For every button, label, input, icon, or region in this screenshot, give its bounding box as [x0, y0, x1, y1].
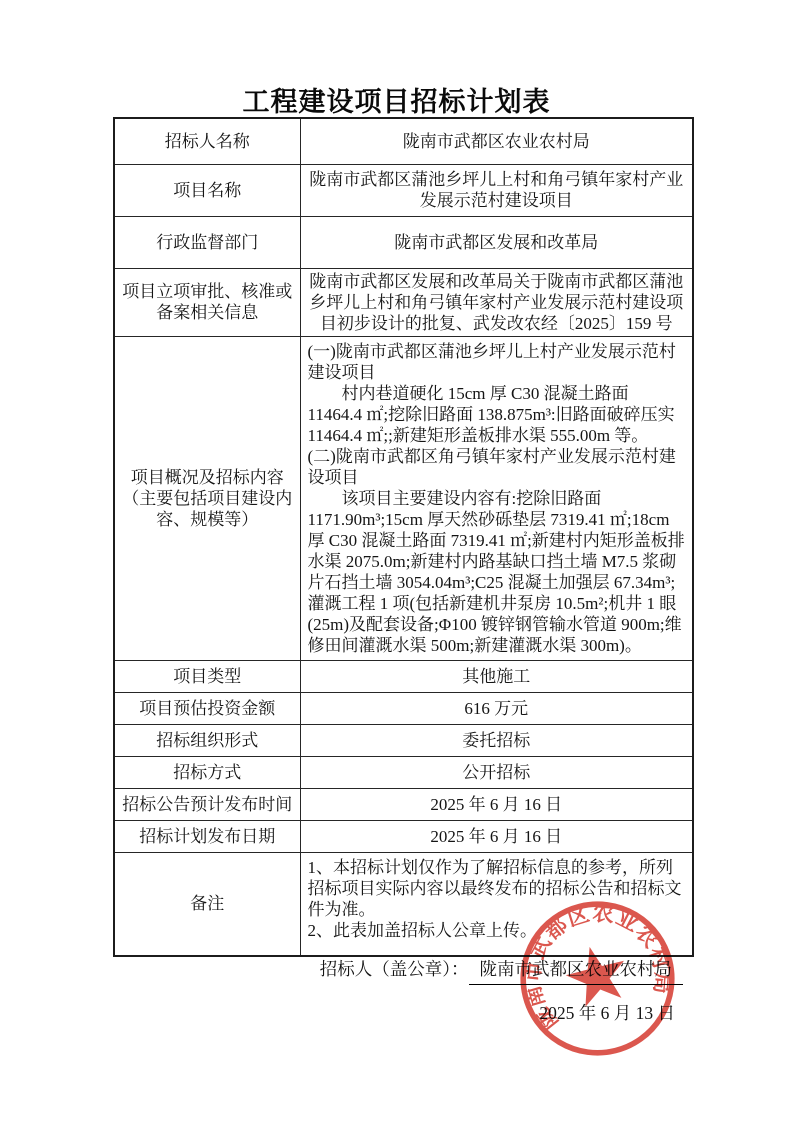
overview-paragraph: 该项目主要建设内容有:挖除旧路面 1171.90m³;15cm 厚天然砂砾垫层 …: [308, 488, 688, 656]
table-row: 项目概况及招标内容（主要包括项目建设内容、规模等） (一)陇南市武都区蒲池乡坪儿…: [114, 336, 693, 660]
row-value-estimated-investment: 616 万元: [300, 692, 693, 724]
row-value-remarks: 1、本招标计划仅作为了解招标信息的参考，所列招标项目实际内容以最终发布的招标公告…: [300, 852, 693, 956]
row-label-approval-info: 项目立项审批、核准或备案相关信息: [114, 268, 300, 336]
row-label-supervising-department: 行政监督部门: [114, 216, 300, 268]
row-value-approval-info: 陇南市武都区发展和改革局关于陇南市武都区蒲池乡坪儿上村和角弓镇年家村产业发展示范…: [300, 268, 693, 336]
row-label-bidding-method: 招标方式: [114, 756, 300, 788]
table-row: 招标公告预计发布时间 2025 年 6 月 16 日: [114, 788, 693, 820]
row-value-tenderer-name: 陇南市武都区农业农村局: [300, 118, 693, 164]
remarks-line: 1、本招标计划仅作为了解招标信息的参考，所列招标项目实际内容以最终发布的招标公告…: [308, 857, 688, 920]
row-label-organization-form: 招标组织形式: [114, 724, 300, 756]
table-row: 项目预估投资金额 616 万元: [114, 692, 693, 724]
row-value-announcement-date: 2025 年 6 月 16 日: [300, 788, 693, 820]
signature-value: 陇南市武都区农业农村局: [469, 956, 684, 985]
row-label-tenderer-name: 招标人名称: [114, 118, 300, 164]
table-row: 备注 1、本招标计划仅作为了解招标信息的参考，所列招标项目实际内容以最终发布的招…: [114, 852, 693, 956]
row-label-project-overview: 项目概况及招标内容（主要包括项目建设内容、规模等）: [114, 336, 300, 660]
document-page: 工程建设项目招标计划表 招标人名称 陇南市武都区农业农村局 项目名称 陇南市武都…: [0, 0, 793, 1122]
table-row: 项目立项审批、核准或备案相关信息 陇南市武都区发展和改革局关于陇南市武都区蒲池乡…: [114, 268, 693, 336]
row-value-bidding-method: 公开招标: [300, 756, 693, 788]
page-title: 工程建设项目招标计划表: [107, 80, 686, 119]
table-row: 招标人名称 陇南市武都区农业农村局: [114, 118, 693, 164]
row-value-plan-publish-date: 2025 年 6 月 16 日: [300, 820, 693, 852]
signature-date: 2025 年 6 月 13 日: [113, 1000, 675, 1025]
table-row: 行政监督部门 陇南市武都区发展和改革局: [114, 216, 693, 268]
table-row: 项目类型 其他施工: [114, 660, 693, 692]
bidding-plan-table: 招标人名称 陇南市武都区农业农村局 项目名称 陇南市武都区蒲池乡坪儿上村和角弓镇…: [113, 117, 694, 957]
row-label-project-name: 项目名称: [114, 164, 300, 216]
row-label-remarks: 备注: [114, 852, 300, 956]
overview-paragraph: (一)陇南市武都区蒲池乡坪儿上村产业发展示范村建设项目: [308, 341, 688, 383]
signature-line: 招标人（盖公章）：陇南市武都区农业农村局: [113, 956, 683, 985]
overview-paragraph: (二)陇南市武都区角弓镇年家村产业发展示范村建设项目: [308, 446, 688, 488]
row-value-supervising-department: 陇南市武都区发展和改革局: [300, 216, 693, 268]
row-value-project-name: 陇南市武都区蒲池乡坪儿上村和角弓镇年家村产业发展示范村建设项目: [300, 164, 693, 216]
table-row: 招标计划发布日期 2025 年 6 月 16 日: [114, 820, 693, 852]
table-row: 招标方式 公开招标: [114, 756, 693, 788]
remarks-line: 2、此表加盖招标人公章上传。: [308, 920, 688, 941]
row-label-announcement-date: 招标公告预计发布时间: [114, 788, 300, 820]
signature-label: 招标人（盖公章）：: [320, 959, 469, 979]
row-value-project-type: 其他施工: [300, 660, 693, 692]
row-value-organization-form: 委托招标: [300, 724, 693, 756]
row-label-project-type: 项目类型: [114, 660, 300, 692]
overview-paragraph: 村内巷道硬化 15cm 厚 C30 混凝土路面 11464.4 ㎡;挖除旧路面 …: [308, 383, 688, 446]
table-row: 招标组织形式 委托招标: [114, 724, 693, 756]
table-row: 项目名称 陇南市武都区蒲池乡坪儿上村和角弓镇年家村产业发展示范村建设项目: [114, 164, 693, 216]
row-value-project-overview: (一)陇南市武都区蒲池乡坪儿上村产业发展示范村建设项目 村内巷道硬化 15cm …: [300, 336, 693, 660]
row-label-plan-publish-date: 招标计划发布日期: [114, 820, 300, 852]
row-label-estimated-investment: 项目预估投资金额: [114, 692, 300, 724]
